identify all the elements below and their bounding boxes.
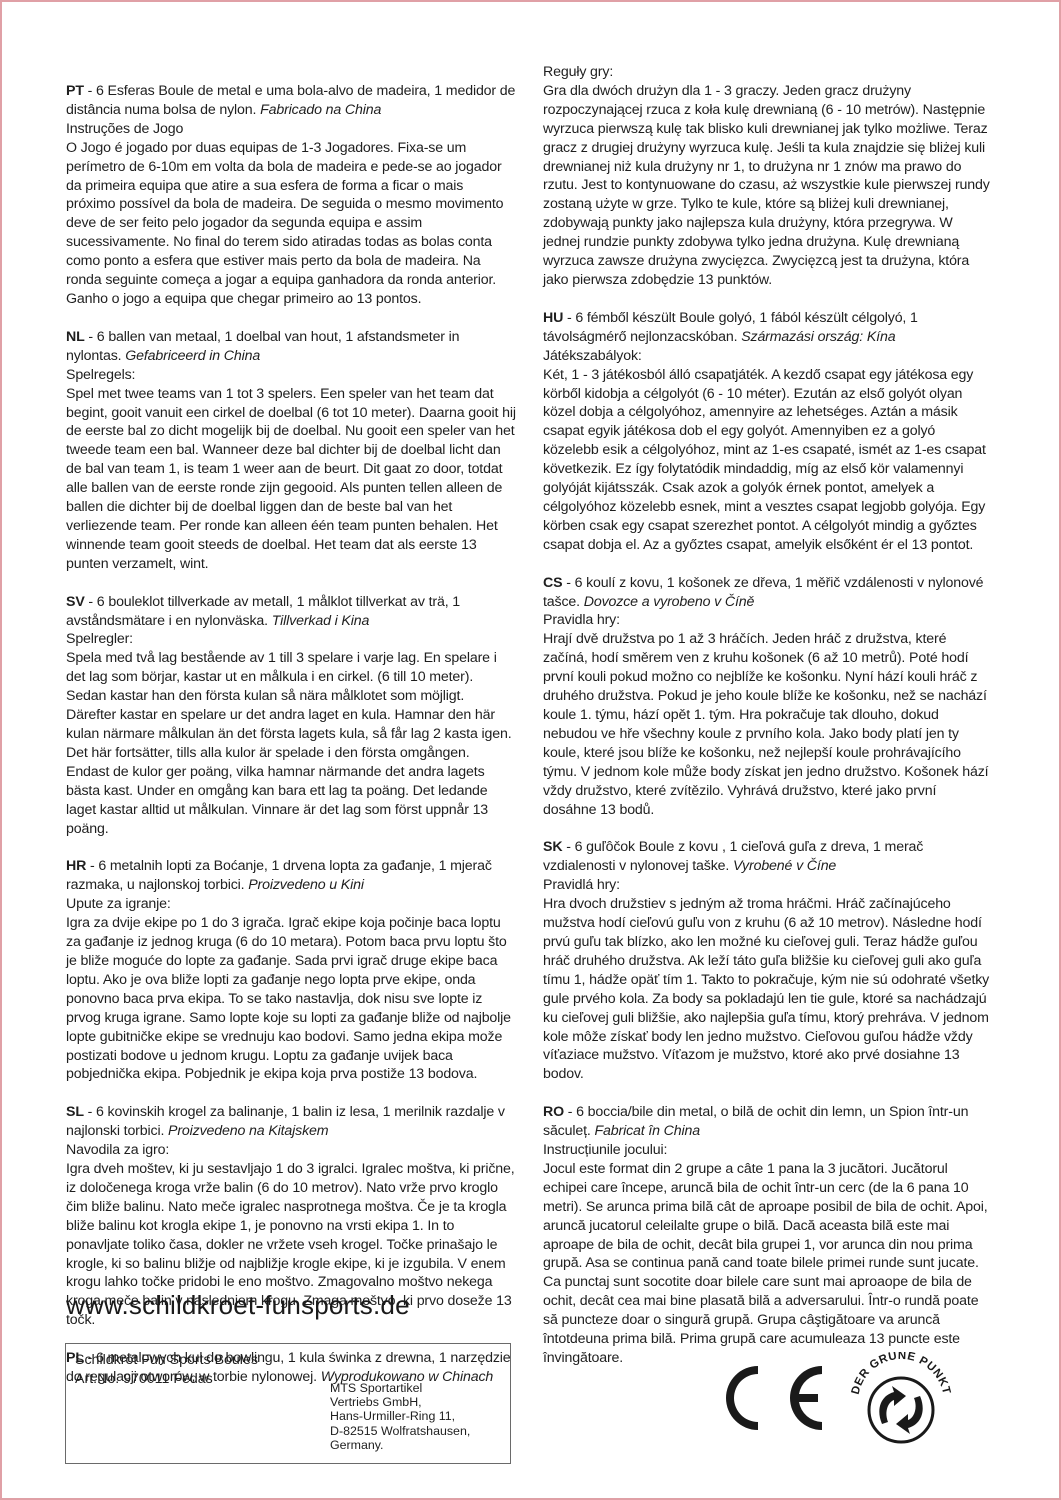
language-section-pl-rules: Reguły gry: Gra dla dwóch drużyn dla 1 -… [543,63,993,290]
address-line: MTS Sportartikel [330,1381,470,1395]
left-column: PT - 6 Esferas Boule de metal e uma bola… [66,82,516,1406]
address-line: Vertriebs GmbH, [330,1395,470,1409]
language-section-sk: SK - 6 guľôčok Boule z kovu , 1 cieľová … [543,838,993,1084]
language-code: HU [543,310,563,326]
rules-heading: Instruções de Jogo [66,120,516,139]
rules-text: Spel met twee teams van 1 tot 3 spelers.… [66,385,516,574]
address-line: D-82515 Wolfratshausen, [330,1424,470,1438]
origin-note: Fabricat în China [595,1123,700,1139]
manufacturer-info-box: Schildkröt Fun Sports Boules Art.No. 970… [65,1343,511,1464]
language-code: SL [66,1104,84,1120]
rules-text: Hra dvoch družstiev s jedným až troma hr… [543,895,993,1084]
rules-heading: Reguły gry: [543,63,993,82]
rules-text: Két, 1 - 3 játékosból álló csapatjáték. … [543,366,993,555]
address-line: Hans-Urmiller-Ring 11, [330,1409,470,1423]
rules-heading: Pravidla hry: [543,611,993,630]
language-code: NL [66,329,85,345]
language-code: HR [66,858,86,874]
manufacturer-address: MTS Sportartikel Vertriebs GmbH, Hans-Ur… [330,1381,470,1452]
rules-text: Spela med två lag bestående av 1 till 3 … [66,649,516,838]
product-description: SL - 6 kovinskih krogel za balinanje, 1 … [66,1103,516,1141]
rules-heading: Spelregels: [66,366,516,385]
language-code: RO [543,1104,564,1120]
origin-note: Gefabriceerd in China [125,348,260,364]
language-section-sv: SV - 6 bouleklot tillverkade av metall, … [66,593,516,839]
rules-text: O Jogo é jogado por duas equipas de 1-3 … [66,139,516,309]
green-dot-recycling-icon: DER GRÜNE PUNKT [848,1352,953,1444]
rules-heading: Játékszabályok: [543,347,993,366]
language-code: PT [66,83,84,99]
language-section-hu: HU - 6 fémből készült Boule golyó, 1 fáb… [543,309,993,555]
product-description: SK - 6 guľôčok Boule z kovu , 1 cieľová … [543,838,993,876]
product-description: RO - 6 boccia/bile din metal, o bilă de … [543,1103,993,1141]
ce-mark-icon [722,1362,832,1434]
origin-note: Tillverkad i Kina [272,613,369,629]
svg-text:DER GRÜNE PUNKT: DER GRÜNE PUNKT [850,1352,953,1396]
address-line: Germany. [330,1438,470,1452]
product-description: SV - 6 bouleklot tillverkade av metall, … [66,593,516,631]
rules-text: Jocul este format din 2 grupe a câte 1 p… [543,1160,993,1368]
product-name: Schildkröt Fun Sports Boules [75,1351,258,1370]
origin-note: Fabricado na China [260,102,381,118]
origin-note: Proizvedeno na Kitajskem [168,1123,328,1139]
language-section-hr: HR - 6 metalnih lopti za Boćanje, 1 drve… [66,857,516,1084]
rules-heading: Spelregler: [66,630,516,649]
green-dot-svg: DER GRÜNE PUNKT [848,1352,953,1444]
rules-heading: Pravidlá hry: [543,876,993,895]
language-code: SK [543,839,562,855]
product-description: PT - 6 Esferas Boule de metal e uma bola… [66,82,516,120]
product-description: NL - 6 ballen van metaal, 1 doelbal van … [66,328,516,366]
origin-note: Proizvedeno u Kini [248,877,364,893]
product-description: HU - 6 fémből készült Boule golyó, 1 fáb… [543,309,993,347]
rules-heading: Upute za igranje: [66,895,516,914]
ce-mark-svg [722,1362,832,1434]
article-number: Art.No. 970011 Fedas [75,1370,258,1389]
language-section-nl: NL - 6 ballen van metaal, 1 doelbal van … [66,328,516,574]
language-section-pt: PT - 6 Esferas Boule de metal e uma bola… [66,82,516,309]
rules-text: Igra za dvije ekipe po 1 do 3 igrača. Ig… [66,914,516,1084]
website-link[interactable]: www.schildkroet-funsports.de [66,1290,410,1321]
product-description: CS - 6 koulí z kovu, 1 košonek ze dřeva,… [543,574,993,612]
language-section-cs: CS - 6 koulí z kovu, 1 košonek ze dřeva,… [543,574,993,820]
rules-heading: Navodila za igro: [66,1141,516,1160]
product-info: Schildkröt Fun Sports Boules Art.No. 970… [75,1351,258,1389]
origin-note: Származási ország: Kína [741,329,895,345]
rules-heading: Instrucțiunile jocului: [543,1141,993,1160]
right-column: Reguły gry: Gra dla dwóch drużyn dla 1 -… [543,63,993,1387]
product-description: HR - 6 metalnih lopti za Boćanje, 1 drve… [66,857,516,895]
language-code: SV [66,594,85,610]
rules-text: Gra dla dwóch drużyn dla 1 - 3 graczy. J… [543,82,993,290]
origin-note: Vyrobené v Číne [733,858,836,874]
language-section-ro: RO - 6 boccia/bile din metal, o bilă de … [543,1103,993,1368]
language-code: CS [543,575,562,591]
origin-note: Dovozce a vyrobeno v Číně [584,594,755,610]
rules-text: Hrají dvě družstva po 1 až 3 hráčích. Je… [543,630,993,819]
